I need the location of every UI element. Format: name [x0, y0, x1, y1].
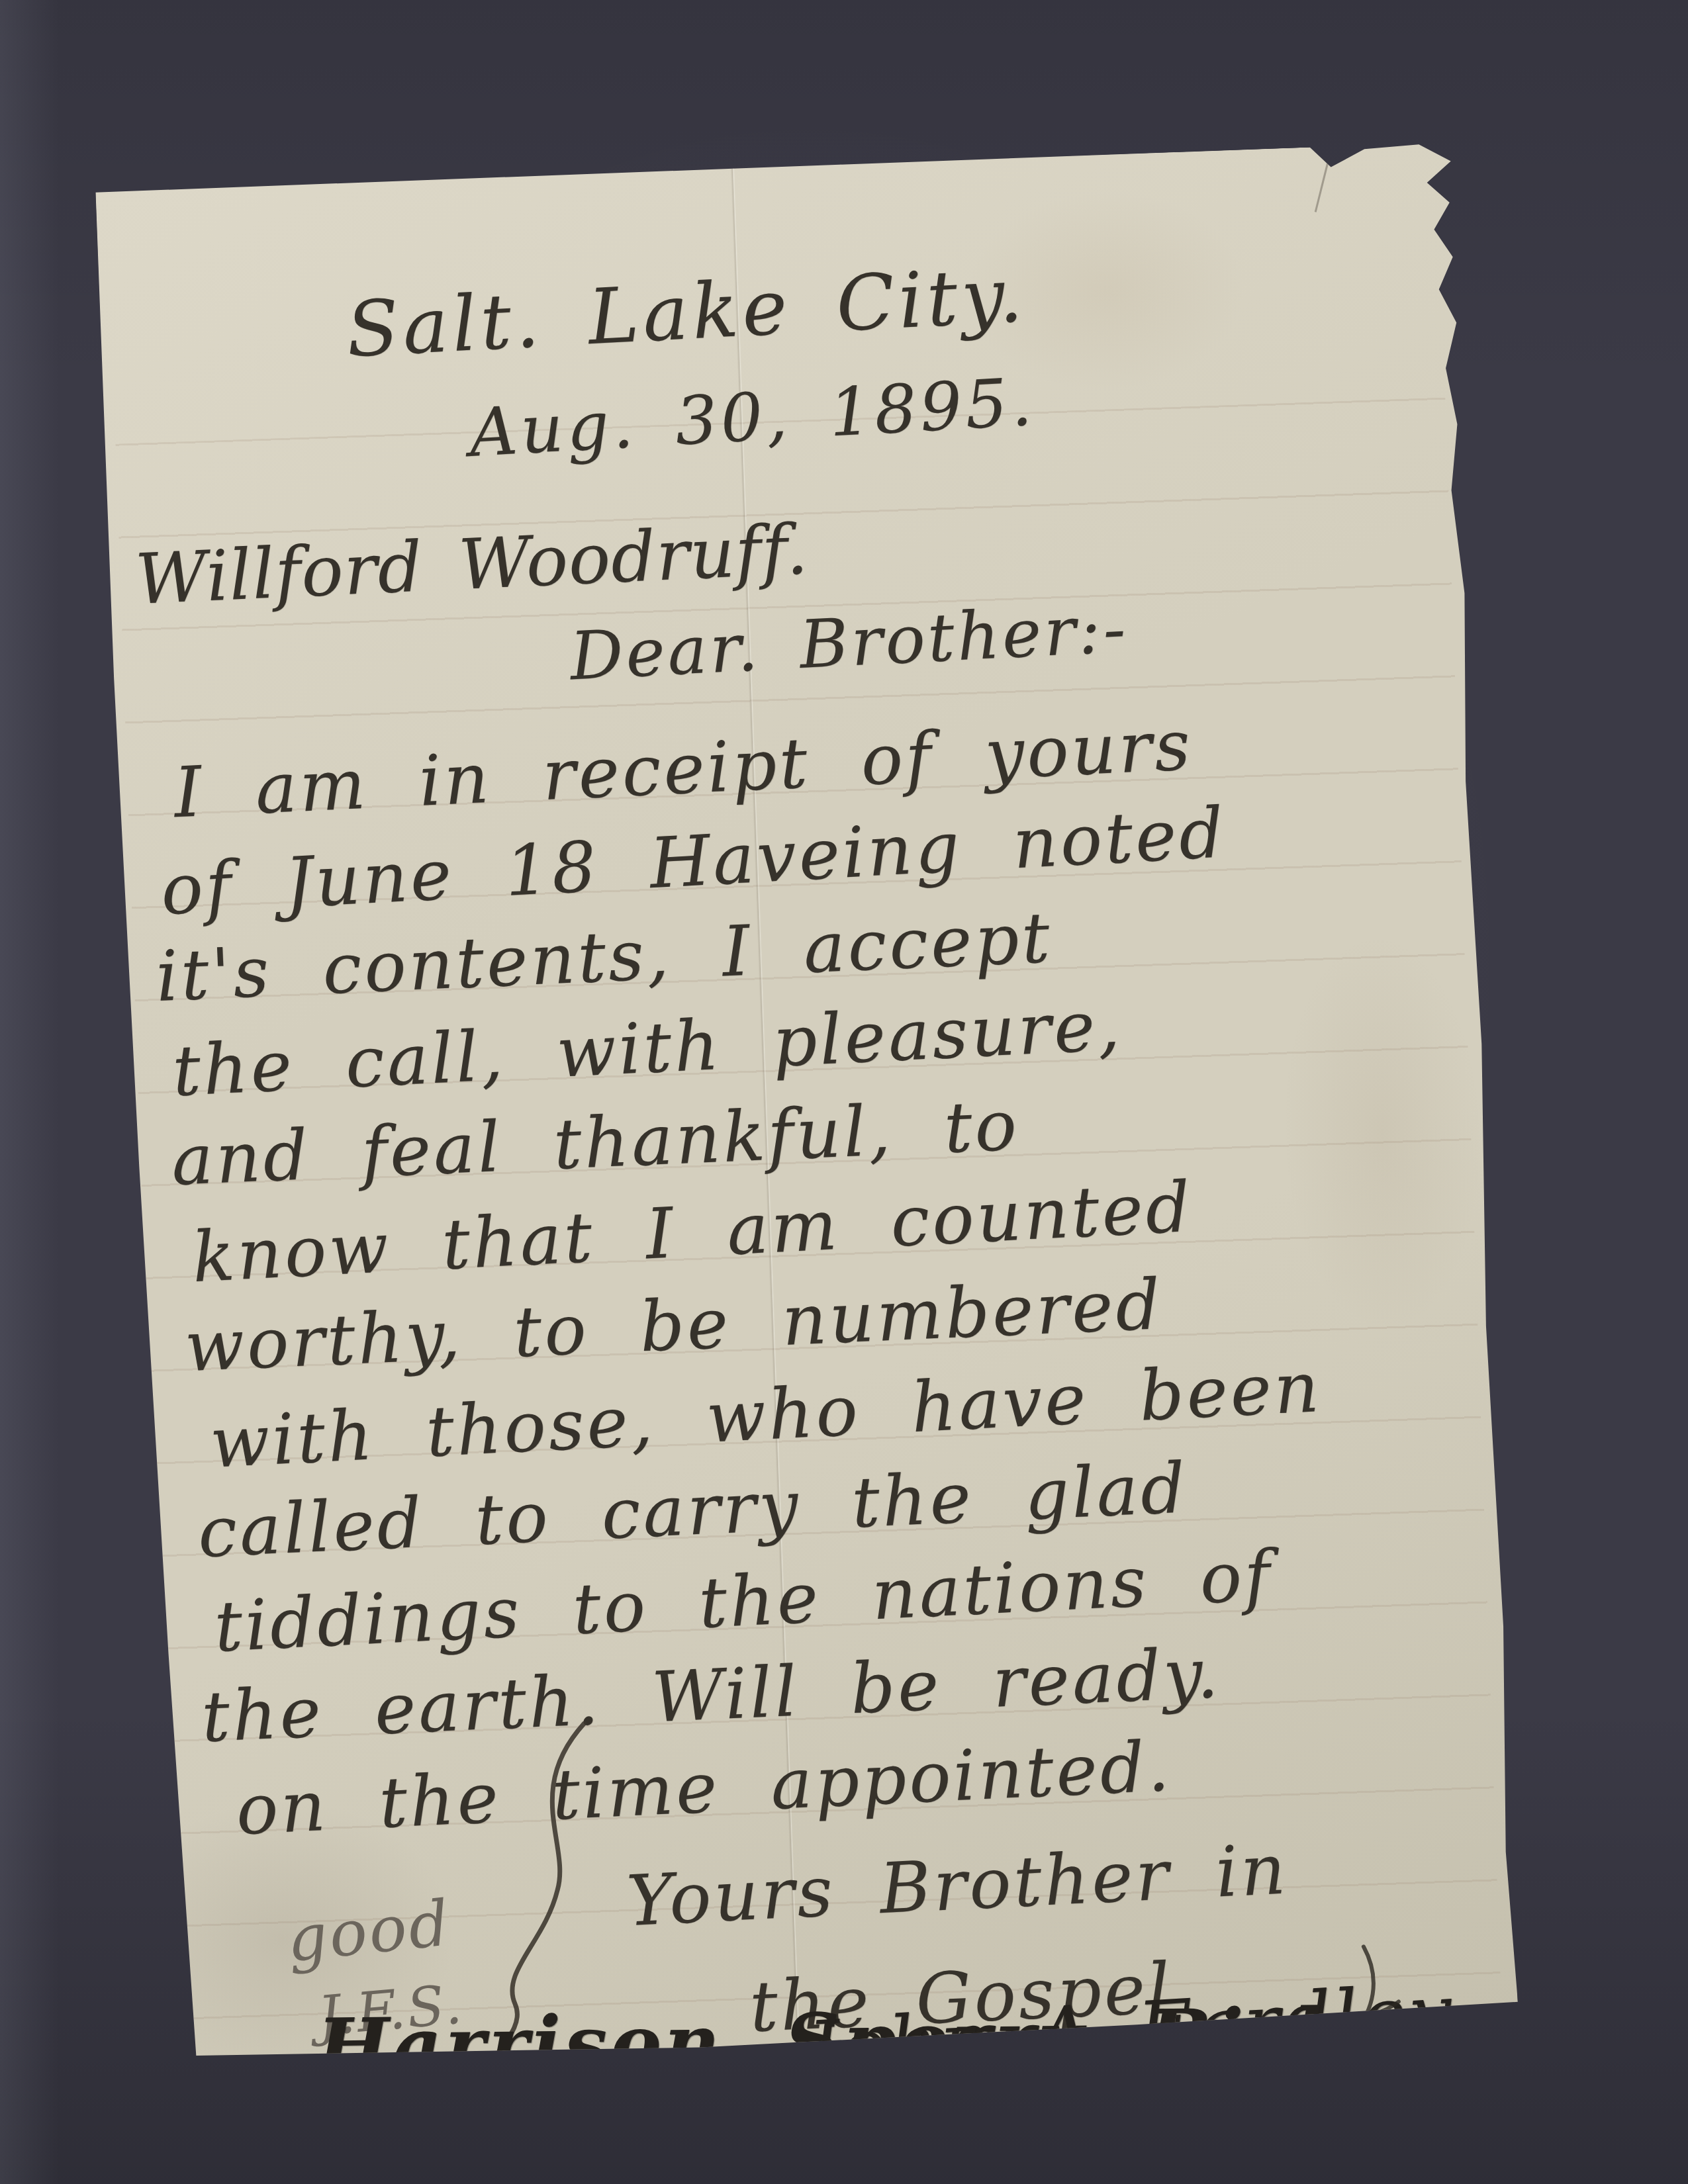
letter-place-line: Salt. Lake City.: [344, 251, 1029, 375]
letter-paper: Salt. Lake City. Aug. 30, 1895. Willford…: [90, 142, 1519, 2068]
paper-tear-crack: [1315, 153, 1331, 212]
scan-background: Salt. Lake City. Aug. 30, 1895. Willford…: [0, 0, 1688, 2184]
paper-stain: [1276, 931, 1489, 1335]
letter-closing-line-1: Yours Brother in: [625, 1829, 1290, 1942]
letter-date-line: Aug. 30, 1895.: [467, 363, 1037, 472]
review-annotation-word: good: [283, 1887, 454, 1976]
letter-recipient-line: Willford Woodruff.: [134, 509, 810, 620]
letter-salutation: Dear. Brother:-: [568, 590, 1130, 696]
bishop-attestation-line: Harrison Sperry Bishop: [317, 1990, 1463, 2091]
